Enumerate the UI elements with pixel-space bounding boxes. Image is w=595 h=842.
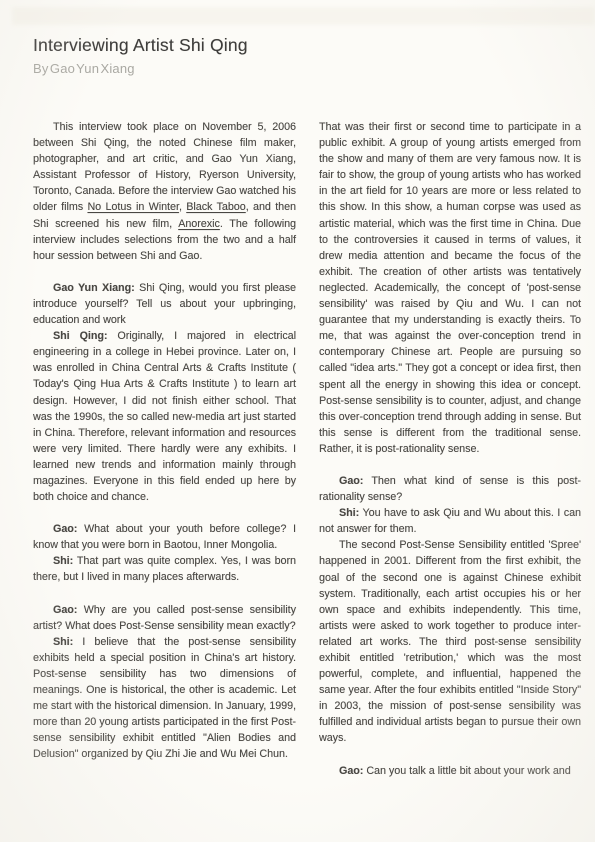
film-title: No Lotus in Winter: [87, 201, 178, 213]
paragraph: The second Post-Sense Sensibility entitl…: [319, 537, 581, 746]
paragraph: That was their first or second time to p…: [319, 119, 581, 457]
speaker-name: Shi Qing:: [53, 330, 107, 342]
text-segment: Can you talk a little bit about your wor…: [363, 765, 570, 777]
speaker-name: Gao:: [339, 765, 363, 777]
film-title: Black Taboo: [186, 201, 245, 213]
page-title: Interviewing Artist Shi Qing: [33, 35, 595, 56]
text-segment: This interview took place on November 5,…: [33, 121, 296, 213]
text-segment: I believe that the post-sense sensibilit…: [33, 636, 296, 761]
film-title: Anorexic: [178, 218, 220, 230]
text-segment: Originally, I majored in electrical engi…: [33, 330, 296, 503]
scanned-page: Interviewing Artist Shi Qing By Gao Yun …: [0, 0, 595, 842]
dialogue-paragraph: Shi: I believe that the post-sense sensi…: [33, 634, 296, 763]
paragraph: This interview took place on November 5,…: [33, 119, 296, 264]
dialogue-paragraph: Gao: What about your youth before colleg…: [33, 521, 296, 553]
text-segment: You have to ask Qiu and Wu about this. I…: [319, 507, 581, 535]
speaker-name: Gao:: [53, 604, 77, 616]
text-segment: That was their first or second time to p…: [319, 121, 581, 455]
dialogue-paragraph: Gao: Then what kind of sense is this pos…: [319, 473, 581, 505]
dialogue-paragraph: Shi: That part was quite complex. Yes, I…: [33, 553, 296, 585]
right-column: That was their first or second time to p…: [319, 119, 581, 779]
document-header: Interviewing Artist Shi Qing By Gao Yun …: [0, 0, 595, 76]
speaker-name: Gao:: [53, 523, 77, 535]
speaker-name: Shi:: [53, 555, 73, 567]
byline: By Gao Yun Xiang: [33, 61, 595, 76]
dialogue-paragraph: Gao: Why are you called post-sense sensi…: [33, 602, 296, 634]
dialogue-paragraph: Shi: You have to ask Qiu and Wu about th…: [319, 505, 581, 537]
dialogue-paragraph: Gao Yun Xiang: Shi Qing, would you first…: [33, 280, 296, 328]
left-column: This interview took place on November 5,…: [33, 119, 296, 779]
text-segment: The second Post-Sense Sensibility entitl…: [319, 539, 581, 744]
speaker-name: Gao Yun Xiang:: [53, 282, 135, 294]
speaker-name: Shi:: [339, 507, 359, 519]
dialogue-paragraph: Shi Qing: Originally, I majored in elect…: [33, 328, 296, 505]
text-segment: That part was quite complex. Yes, I was …: [33, 555, 296, 583]
speaker-name: Gao:: [339, 475, 363, 487]
speaker-name: Shi:: [53, 636, 73, 648]
article-body: This interview took place on November 5,…: [0, 76, 595, 779]
dialogue-paragraph: Gao: Can you talk a little bit about you…: [319, 763, 581, 779]
